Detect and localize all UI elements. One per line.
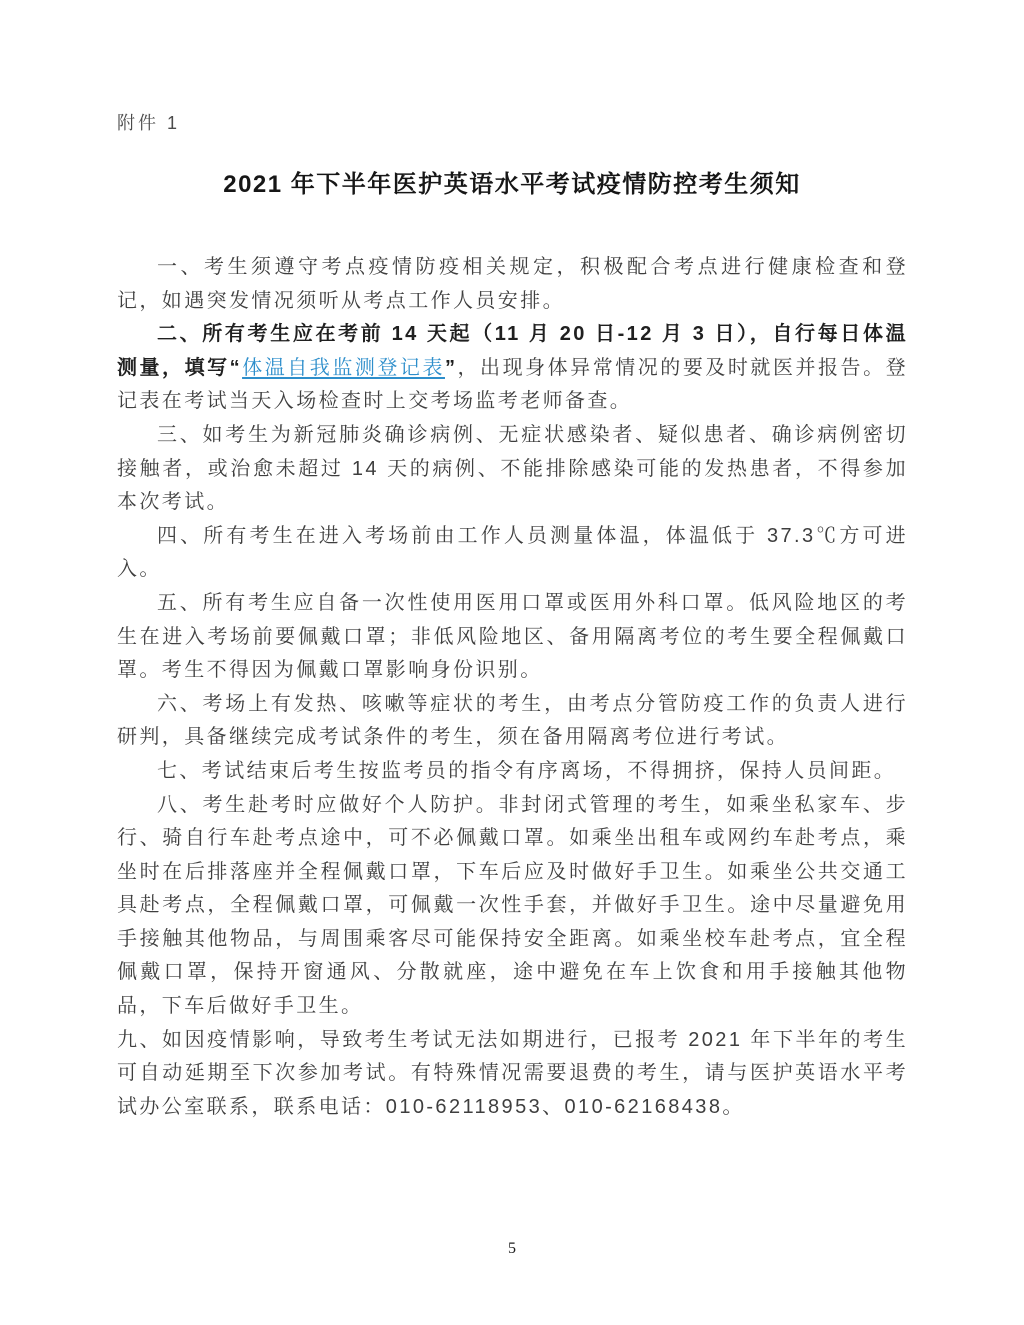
paragraph: 八、考生赴考时应做好个人防护。非封闭式管理的考生，如乘坐私家车、步行、骑自行车赴… — [117, 789, 908, 1024]
text-segment: 三、如考生为新冠肺炎确诊病例、无症状感染者、疑似患者、确诊病例密切接触者，或治愈… — [117, 424, 908, 513]
paragraph: 一、考生须遵守考点疫情防疫相关规定，积极配合考点进行健康检查和登记，如遇突发情况… — [117, 251, 908, 318]
text-segment: ” — [445, 357, 457, 379]
text-segment: 六、考场上有发热、咳嗽等症状的考生，由考点分管防疫工作的负责人进行研判，具备继续… — [117, 693, 908, 749]
page-title: 2021 年下半年医护英语水平考试疫情防控考生须知 — [0, 164, 1024, 199]
text-segment: 七、考试结束后考生按监考员的指令有序离场，不得拥挤，保持人员间距。 — [157, 760, 896, 782]
document-page: 附件 1 2021 年下半年医护英语水平考试疫情防控考生须知 一、考生须遵守考点… — [0, 0, 1024, 1325]
text-segment: 八、考生赴考时应做好个人防护。非封闭式管理的考生，如乘坐私家车、步行、骑自行车赴… — [117, 794, 908, 1018]
paragraph: 三、如考生为新冠肺炎确诊病例、无症状感染者、疑似患者、确诊病例密切接触者，或治愈… — [117, 419, 908, 520]
paragraph: 六、考场上有发热、咳嗽等症状的考生，由考点分管防疫工作的负责人进行研判，具备继续… — [117, 688, 908, 755]
paragraph: 四、所有考生在进入考场前由工作人员测量体温，体温低于 37.3℃方可进入。 — [117, 520, 908, 587]
text-segment: 一、考生须遵守考点疫情防疫相关规定，积极配合考点进行健康检查和登记，如遇突发情况… — [117, 256, 908, 312]
temperature-form-link[interactable]: 体温自我监测登记表 — [242, 357, 445, 379]
text-segment: 四、所有考生在进入考场前由工作人员测量体温，体温低于 37.3℃方可进入。 — [117, 525, 908, 581]
paragraph: 五、所有考生应自备一次性使用医用口罩或医用外科口罩。低风险地区的考生在进入考场前… — [117, 587, 908, 688]
text-segment: 五、所有考生应自备一次性使用医用口罩或医用外科口罩。低风险地区的考生在进入考场前… — [117, 592, 908, 681]
attachment-label: 附件 1 — [117, 109, 180, 135]
paragraph: 七、考试结束后考生按监考员的指令有序离场，不得拥挤，保持人员间距。 — [117, 755, 908, 789]
text-segment: 九、如因疫情影响，导致考生考试无法如期进行，已报考 2021 年下半年的考生可自… — [117, 1029, 908, 1118]
page-number: 5 — [0, 1240, 1024, 1258]
document-body: 一、考生须遵守考点疫情防疫相关规定，积极配合考点进行健康检查和登记，如遇突发情况… — [117, 251, 908, 1124]
paragraph: 九、如因疫情影响，导致考生考试无法如期进行，已报考 2021 年下半年的考生可自… — [117, 1024, 908, 1125]
paragraph: 二、所有考生应在考前 14 天起（11 月 20 日-12 月 3 日），自行每… — [117, 318, 908, 419]
